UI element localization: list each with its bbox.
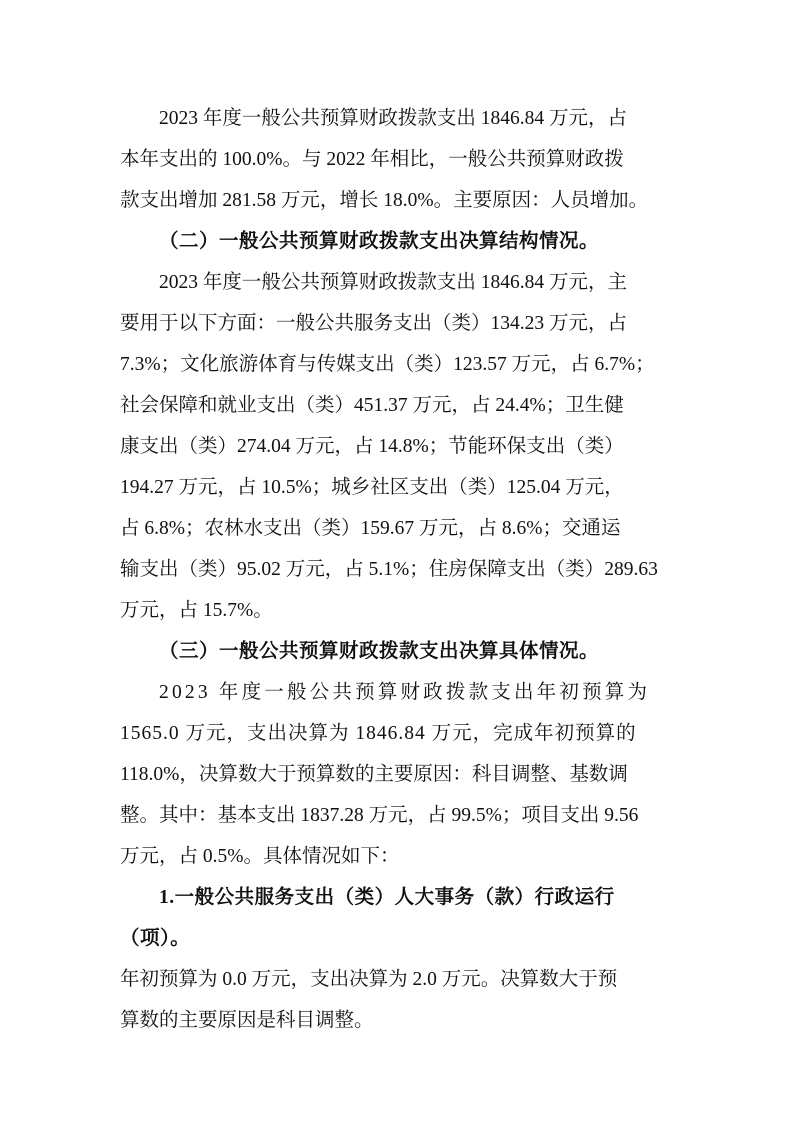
item-heading-npc-affairs: 1.一般公共服务支出（类）人大事务（款）行政运行（项）。 xyxy=(120,877,680,959)
text-line: 康支出（类）274.04 万元，占 14.8%；节能环保支出（类） xyxy=(120,426,680,467)
paragraph-budget-details: 2023 年度一般公共预算财政拨款支出年初预算为 1565.0 万元，支出决算为… xyxy=(120,672,680,877)
text-line: 万元，占 0.5%。具体情况如下： xyxy=(120,836,680,877)
paragraph-total-expenditure: 2023 年度一般公共预算财政拨款支出 1846.84 万元，占 本年支出的 1… xyxy=(120,98,680,221)
text-line: 占 6.8%；农林水支出（类）159.67 万元，占 8.6%；交通运 xyxy=(120,508,680,549)
document-page: 2023 年度一般公共预算财政拨款支出 1846.84 万元，占 本年支出的 1… xyxy=(120,98,680,1041)
section-heading-structure: （二）一般公共预算财政拨款支出决算结构情况。 xyxy=(120,221,680,262)
paragraph-structure-breakdown: 2023 年度一般公共预算财政拨款支出 1846.84 万元，主 要用于以下方面… xyxy=(120,262,680,631)
text-line: 万元，占 15.7%。 xyxy=(120,590,680,631)
text-line: 输支出（类）95.02 万元，占 5.1%；住房保障支出（类）289.63 xyxy=(120,549,680,590)
paragraph-npc-affairs: 年初预算为 0.0 万元，支出决算为 2.0 万元。决算数大于预 算数的主要原因… xyxy=(120,959,680,1041)
text-line: 年初预算为 0.0 万元，支出决算为 2.0 万元。决算数大于预 xyxy=(120,959,680,1000)
text-line: 2023 年度一般公共预算财政拨款支出 1846.84 万元，占 xyxy=(120,98,680,139)
text-line: 118.0%，决算数大于预算数的主要原因：科目调整、基数调 xyxy=(120,754,680,795)
section-heading-details: （三）一般公共预算财政拨款支出决算具体情况。 xyxy=(120,631,680,672)
text-line: 194.27 万元，占 10.5%；城乡社区支出（类）125.04 万元， xyxy=(120,467,680,508)
text-line: 款支出增加 281.58 万元，增长 18.0%。主要原因：人员增加。 xyxy=(120,180,680,221)
text-line: 算数的主要原因是科目调整。 xyxy=(120,1000,680,1041)
text-line: 社会保障和就业支出（类）451.37 万元，占 24.4%；卫生健 xyxy=(120,385,680,426)
text-line: 2023 年度一般公共预算财政拨款支出年初预算为 xyxy=(120,672,680,713)
text-line: 整。其中：基本支出 1837.28 万元，占 99.5%；项目支出 9.56 xyxy=(120,795,680,836)
text-line: 本年支出的 100.0%。与 2022 年相比，一般公共预算财政拨 xyxy=(120,139,680,180)
text-line: 7.3%；文化旅游体育与传媒支出（类）123.57 万元，占 6.7%； xyxy=(120,344,680,385)
text-line: 1565.0 万元，支出决算为 1846.84 万元，完成年初预算的 xyxy=(120,713,680,754)
text-line: 要用于以下方面：一般公共服务支出（类）134.23 万元，占 xyxy=(120,303,680,344)
text-line: 2023 年度一般公共预算财政拨款支出 1846.84 万元，主 xyxy=(120,262,680,303)
